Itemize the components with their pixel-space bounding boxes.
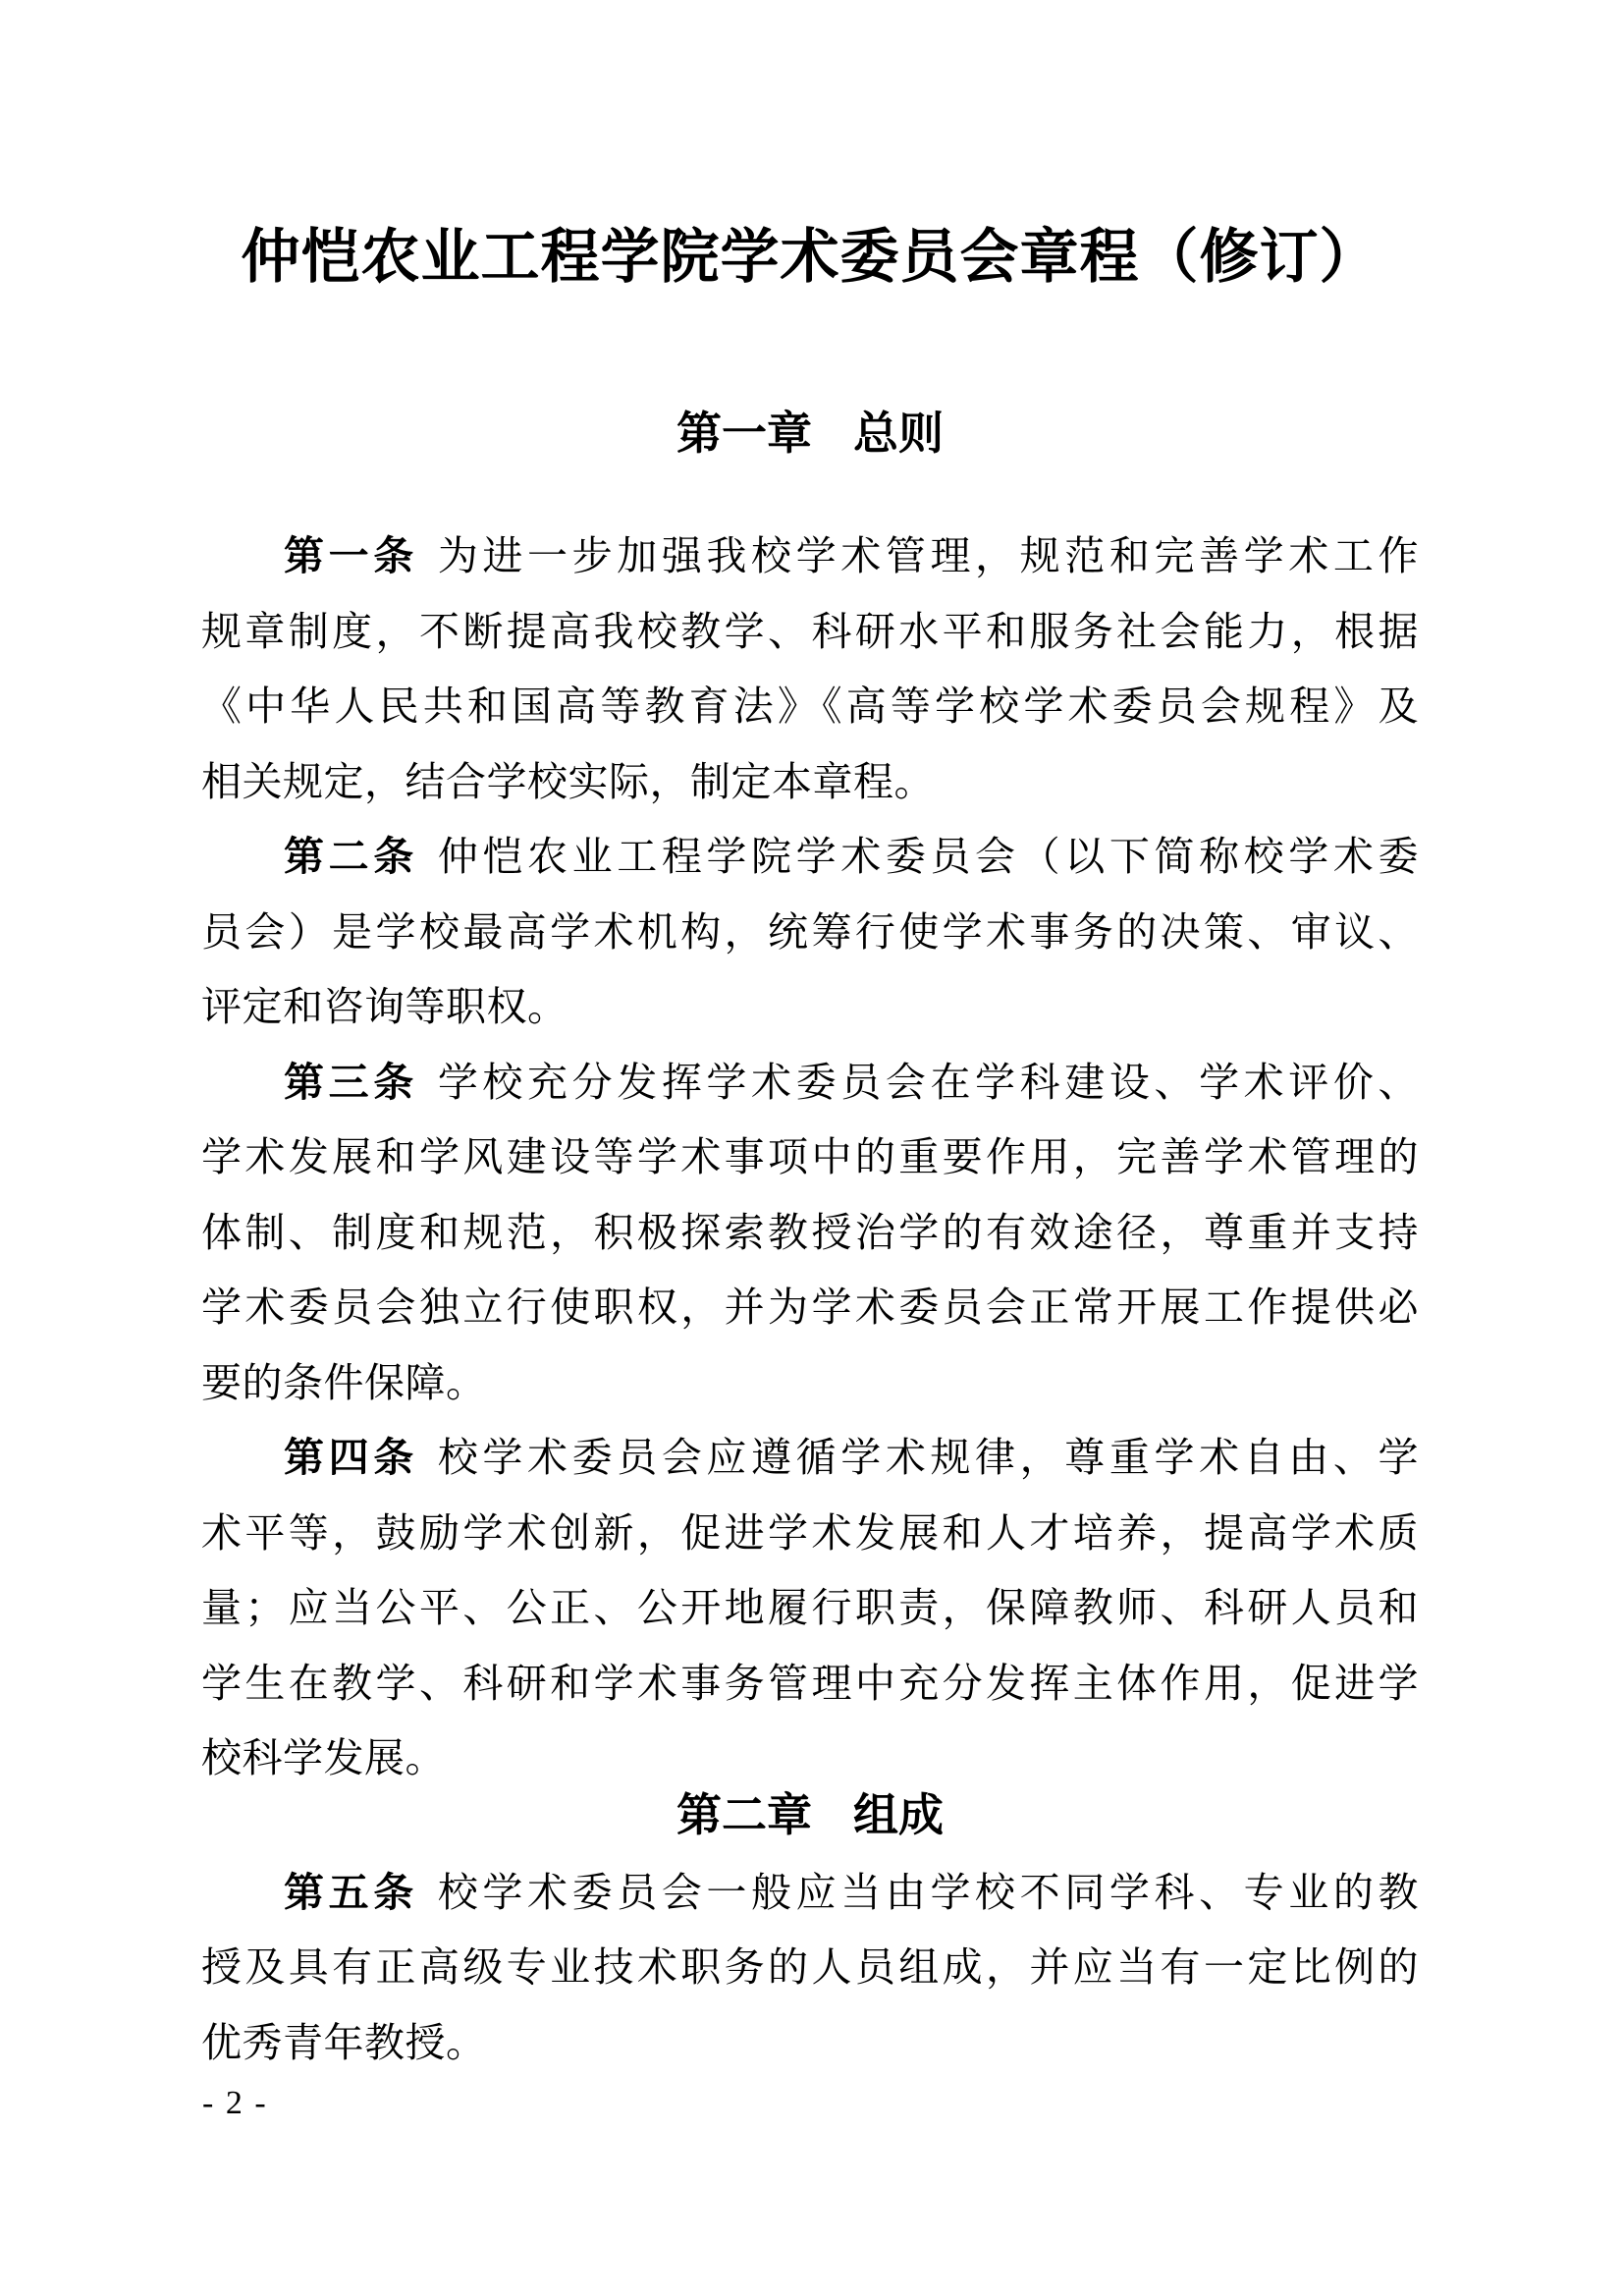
chapter-2-label: 第二章	[676, 1789, 812, 1840]
article-2-line-1-text: 仲恺农业工程学院学术委员会（以下简称校学术委	[438, 834, 1419, 879]
article-1-line-2: 规章制度，不断提高我校教学、科研水平和服务社会能力，根据	[201, 594, 1419, 670]
article-5-line-1: 第五条校学术委员会一般应当由学校不同学科、专业的教	[201, 1855, 1419, 1931]
article-5-marker: 第五条	[284, 1870, 418, 1915]
chapter-2-body: 第五条校学术委员会一般应当由学校不同学科、专业的教 授及具有正高级专业技术职务的…	[201, 1855, 1419, 2081]
chapter-2-title: 组成	[853, 1789, 944, 1840]
article-3-line-1-text: 学校充分发挥学术委员会在学科建设、学术评价、	[438, 1060, 1419, 1105]
article-1-line-1: 第一条为进一步加强我校学术管理，规范和完善学术工作	[201, 519, 1419, 594]
article-3-line-5: 要的条件保障。	[201, 1345, 1419, 1421]
article-3-marker: 第三条	[284, 1060, 418, 1105]
article-3-line-2: 学术发展和学风建设等学术事项中的重要作用，完善学术管理的	[201, 1120, 1419, 1195]
article-5-line-2: 授及具有正高级专业技术职务的人员组成，并应当有一定比例的	[201, 1930, 1419, 2005]
article-4-line-2: 术平等，鼓励学术创新，促进学术发展和人才培养，提高学术质	[201, 1496, 1419, 1571]
article-4-marker: 第四条	[284, 1435, 418, 1480]
chapter-1-label: 第一章	[676, 408, 812, 459]
article-4-line-5: 校科学发展。	[201, 1721, 1419, 1796]
chapter-1-title: 总则	[853, 408, 944, 459]
article-1-marker: 第一条	[284, 533, 418, 578]
article-1-line-1-text: 为进一步加强我校学术管理，规范和完善学术工作	[438, 533, 1419, 578]
article-5-line-1-text: 校学术委员会一般应当由学校不同学科、专业的教	[438, 1870, 1419, 1915]
document-title: 仲恺农业工程学院学术委员会章程（修订）	[201, 0, 1419, 291]
chapter-1-heading: 第一章总则	[201, 409, 1419, 458]
document-content: 仲恺农业工程学院学术委员会章程（修订） 第一章总则 第一条为进一步加强我校学术管…	[201, 0, 1419, 2080]
article-4-line-1: 第四条校学术委员会应遵循学术规律，尊重学术自由、学	[201, 1420, 1419, 1496]
article-4-line-1-text: 校学术委员会应遵循学术规律，尊重学术自由、学	[438, 1435, 1419, 1480]
document-page: 仲恺农业工程学院学术委员会章程（修订） 第一章总则 第一条为进一步加强我校学术管…	[0, 0, 1622, 2296]
chapter-1-body: 第一条为进一步加强我校学术管理，规范和完善学术工作 规章制度，不断提高我校教学、…	[201, 519, 1419, 1796]
article-1-line-3: 《中华人民共和国高等教育法》《高等学校学术委员会规程》及	[201, 669, 1419, 744]
article-2-marker: 第二条	[284, 834, 418, 879]
article-3-line-4: 学术委员会独立行使职权，并为学术委员会正常开展工作提供必	[201, 1270, 1419, 1345]
article-3-line-3: 体制、制度和规范，积极探索教授治学的有效途径，尊重并支持	[201, 1195, 1419, 1271]
article-1-line-4: 相关规定，结合学校实际，制定本章程。	[201, 744, 1419, 820]
article-3-line-1: 第三条学校充分发挥学术委员会在学科建设、学术评价、	[201, 1045, 1419, 1121]
article-2-line-3: 评定和咨询等职权。	[201, 969, 1419, 1045]
article-2-line-1: 第二条仲恺农业工程学院学术委员会（以下简称校学术委	[201, 819, 1419, 895]
article-4-line-4: 学生在教学、科研和学术事务管理中充分发挥主体作用，促进学	[201, 1646, 1419, 1722]
page-number: - 2 -	[202, 2084, 268, 2123]
chapter-2-heading: 第二章组成	[201, 1790, 1419, 1839]
article-2-line-2: 员会）是学校最高学术机构，统筹行使学术事务的决策、审议、	[201, 895, 1419, 970]
article-4-line-3: 量；应当公平、公正、公开地履行职责，保障教师、科研人员和	[201, 1570, 1419, 1646]
article-5-line-3: 优秀青年教授。	[201, 2005, 1419, 2081]
